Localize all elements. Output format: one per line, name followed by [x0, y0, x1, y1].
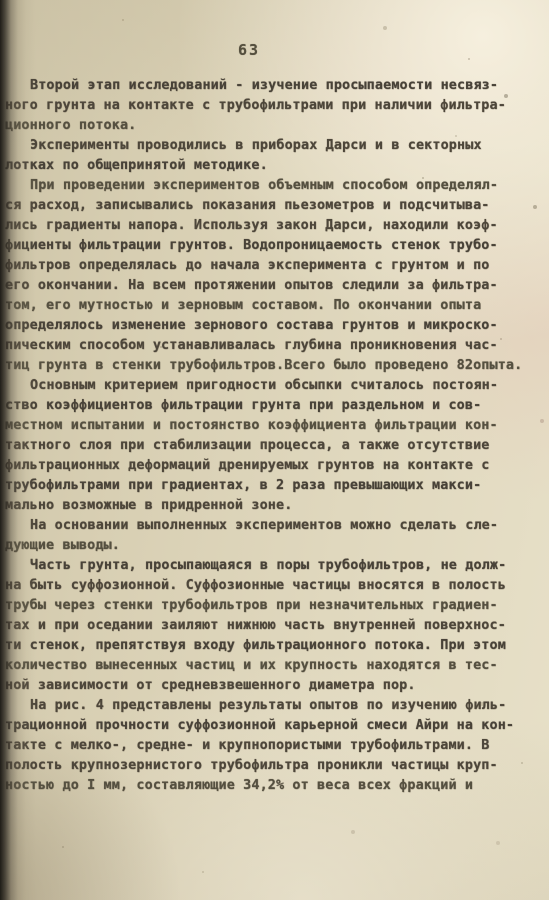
scanned-page: 63 Второй этап исследований - изучение п… [0, 0, 549, 900]
text-line: ностью до I мм, составляющие 34,2% от ве… [5, 776, 539, 796]
text-line: такте с мелко-, средне- и крупнопористым… [5, 736, 539, 756]
text-line: ся расход, записывались показания пьезом… [5, 196, 539, 216]
text-line: Эксперименты проводились в приборах Дарс… [5, 136, 539, 156]
text-line: ти стенок, препятствуя входу фильтрацион… [5, 636, 539, 656]
text-line: фильтрационных деформаций дренируемых гр… [5, 456, 539, 476]
text-line: определялось изменение зернового состава… [5, 316, 539, 336]
text-line: ство коэффициентов фильтрации грунта при… [5, 396, 539, 416]
text-line: ного грунта на контакте с трубофильтрами… [5, 96, 539, 116]
text-line: На рис. 4 представлены результаты опытов… [5, 696, 539, 716]
text-line: местном испытании и постоянство коэффици… [5, 416, 539, 436]
text-line: трационной прочности суффозионной карьер… [5, 716, 539, 736]
text-line: лотках по общепринятой методике. [5, 156, 539, 176]
text-line: трубы через стенки трубофильтров при нез… [5, 596, 539, 616]
text-line: тактного слоя при стабилизации процесса,… [5, 436, 539, 456]
text-line: фициенты фильтрации грунтов. Водопроница… [5, 236, 539, 256]
page-text: Второй этап исследований - изучение прос… [5, 76, 539, 796]
text-line: лись градиенты напора. Используя закон Д… [5, 216, 539, 236]
text-line: его окончании. На всем протяжении опытов… [5, 276, 539, 296]
text-line: ной зависимости от средневзвешенного диа… [5, 676, 539, 696]
page-number: 63 [0, 41, 498, 59]
text-line: При проведении экспериментов объемным сп… [5, 176, 539, 196]
text-line: трубофильтрами при градиентах, в 2 раза … [5, 476, 539, 496]
text-line: Часть грунта, просыпающаяся в поры трубо… [5, 556, 539, 576]
text-line: мально возможные в придренной зоне. [5, 496, 539, 516]
text-line: Второй этап исследований - изучение прос… [5, 76, 539, 96]
text-line: На основании выполненных экспериментов м… [5, 516, 539, 536]
text-line: тах и при оседании заиляют нижнюю часть … [5, 616, 539, 636]
text-line: полость крупнозернистого трубофильтра пр… [5, 756, 539, 776]
scan-specks [0, 0, 2, 2]
text-line: том, его мутностью и зерновым составом. … [5, 296, 539, 316]
text-line: дующие выводы. [5, 536, 539, 556]
text-line: пическим способом устанавливалась глубин… [5, 336, 539, 356]
text-line: фильтров определялась до начала эксперим… [5, 256, 539, 276]
text-line: тиц грунта в стенки трубофильтров.Всего … [5, 356, 539, 376]
text-line: ционного потока. [5, 116, 539, 136]
text-line: количество вынесенных частиц и их крупно… [5, 656, 539, 676]
text-line: Основным критерием пригодности обсыпки с… [5, 376, 539, 396]
text-line: на быть суффозионной. Суффозионные части… [5, 576, 539, 596]
